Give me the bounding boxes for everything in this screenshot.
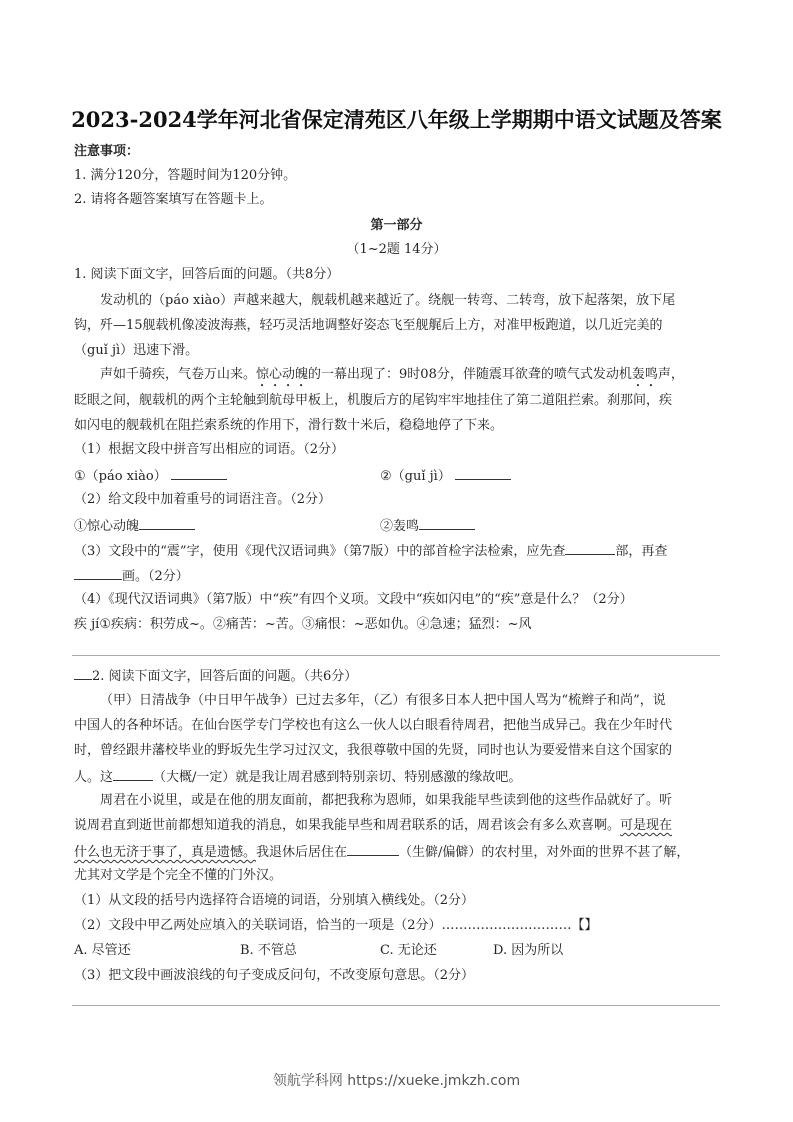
subquestion-stem: （1）从文段的括号内选择符合语境的词语，分别填入横线处。（2分） <box>74 892 474 910</box>
footer-watermark: 领航学科网 https://xueke.jmkzh.com <box>0 1070 793 1090</box>
answer-blank[interactable] <box>455 466 511 480</box>
answer-blank[interactable] <box>347 842 399 856</box>
answer-line[interactable] <box>72 655 720 656</box>
passage-line: 什么也无济于事了，真是遗憾。我退休后居住在（生僻/偏僻）的农村里，对外面的世界不… <box>74 842 689 862</box>
text-run: （生僻/偏僻）的农村里，对外面的世界不甚了解， <box>399 845 689 860</box>
subquestion-stem: （2）文段中甲乙两处应填入的关联词语，恰当的一项是（2分）…………………………【… <box>74 917 598 935</box>
prompt-label: ①惊心动魄 <box>74 519 139 534</box>
answer-blank[interactable] <box>171 466 227 480</box>
exam-page: 2023-2024学年河北省保定清苑区八年级上学期期中语文试题及答案 注意事项：… <box>0 0 793 1122</box>
text-run: 我退休后居住在 <box>256 845 347 860</box>
answer-blank[interactable] <box>419 516 475 530</box>
part-heading: 第一部分 <box>0 217 793 235</box>
notice-heading: 注意事项： <box>74 143 139 161</box>
subquestion-stem: （3）文段中的“震”字，使用《现代汉语词典》（第7版）中的部首检字法检索，应先查… <box>74 541 667 561</box>
part-subheading: （1~2题 14分） <box>0 241 793 259</box>
subquestion-stem: （1）根据文段中拼音写出相应的词语。（2分） <box>74 441 344 459</box>
answer-item: ①（páo xiào） <box>74 466 227 486</box>
passage-line: 如闪电的舰载机在阻拦索系统的作用下，滑行数十米后，稳稳地停了下来。 <box>74 417 503 435</box>
question-2-stem: 2. 阅读下面文字，回答后面的问题。（共6分） <box>74 666 357 686</box>
passage-line: 发动机的（páo xiào）声越来越大，舰载机越来越近了。绕舰一转弯、二转弯，放… <box>100 292 675 310</box>
answer-blank[interactable] <box>139 516 195 530</box>
text-run: 部，再查 <box>615 544 667 559</box>
answer-item: ②轰鸣 <box>380 516 475 536</box>
answer-blank[interactable] <box>74 666 92 680</box>
text-run: 说周君直到逝世前都想知道我的消息，如果我能早些和周君联系的话，周君该会有多么欢喜… <box>74 818 620 833</box>
subquestion-stem: （3）把文段中画波浪线的句子变成反问句，不改变原句意思。（2分） <box>74 967 474 985</box>
wavy-underlined-sentence: 什么也无济于事了，真是遗憾。 <box>74 845 256 860</box>
text-run: 2. 阅读下面文字，回答后面的问题。（共6分） <box>92 669 357 684</box>
question-1-stem: 1. 阅读下面文字，回答后面的问题。（共8分） <box>74 266 339 284</box>
text-run: 声如千骑疾，气卷万山来。 <box>100 367 256 382</box>
option-c[interactable]: C. 无论还 <box>380 942 437 960</box>
text-run: 的一幕出现了：9时08分，伴随震耳欲聋的喷气式发动机 <box>308 367 632 382</box>
emphasized-word: 轰鸣 <box>632 367 658 382</box>
answer-blank[interactable] <box>113 767 153 781</box>
notice-item: 1. 满分120分，答题时间为120分钟。 <box>74 167 296 185</box>
passage-line: （guǐ jì）迅速下滑。 <box>74 342 198 360</box>
subquestion-stem: 画。（2分） <box>74 566 189 586</box>
passage-line: 时，曾经跟井藩校毕业的野坂先生学习过汉文，我很尊敬中国的先贤，同时也认为要爱惜来… <box>74 742 672 760</box>
prompt-label: ①（páo xiào） <box>74 469 167 484</box>
text-run: 人。这 <box>74 770 113 785</box>
emphasized-word: 惊心动魄 <box>256 367 308 382</box>
text-run: （大概/一定）就是我让周君感到特别亲切、特别感激的缘故吧。 <box>153 770 521 785</box>
passage-line: 人。这（大概/一定）就是我让周君感到特别亲切、特别感激的缘故吧。 <box>74 767 521 787</box>
passage-line: 周君在小说里，或是在他的朋友面前，都把我称为恩师，如果我能早些读到他的这些作品就… <box>100 792 672 810</box>
passage-line: 声如千骑疾，气卷万山来。惊心动魄的一幕出现了：9时08分，伴随震耳欲聋的喷气式发… <box>100 366 684 390</box>
option-b[interactable]: B. 不管总 <box>240 942 297 960</box>
answer-blank[interactable] <box>565 541 615 555</box>
passage-line: 说周君直到逝世前都想知道我的消息，如果我能早些和周君联系的话，周君该会有多么欢喜… <box>74 817 672 835</box>
answer-blank[interactable] <box>74 566 122 580</box>
prompt-label: ②轰鸣 <box>380 519 419 534</box>
answer-line[interactable] <box>72 1005 720 1006</box>
passage-line: 钩，歼—15舰载机像凌波海燕，轻巧灵活地调整好姿态飞至舰艉后上方，对准甲板跑道，… <box>74 317 663 335</box>
notice-item: 2. 请将各题答案填写在答题卡上。 <box>74 191 273 209</box>
option-d[interactable]: D. 因为所以 <box>493 942 563 960</box>
passage-line: 中国人的各种坏话。在仙台医学专门学校也有这么一伙人以白眼看待周君，把他当成异己。… <box>74 717 672 735</box>
text-run: 画。（2分） <box>122 569 189 584</box>
option-a[interactable]: A. 尽管还 <box>74 942 131 960</box>
passage-line: 眨眼之间，舰载机的两个主轮触到航母甲板上，机腹后方的尾钩牢牢地挂住了第二道阻拦索… <box>74 392 672 410</box>
subquestion-stem: （4）《现代汉语词典》（第7版）中“疾”有四个义项。文段中“疾如闪电”的“疾”意… <box>74 591 633 609</box>
passage-line: 尤其对文学是个完全不懂的门外汉。 <box>74 867 282 885</box>
answer-item: ①惊心动魄 <box>74 516 195 536</box>
wavy-underlined-sentence: 可是现在 <box>620 818 672 833</box>
document-title: 2023-2024学年河北省保定清苑区八年级上学期期中语文试题及答案 <box>0 104 793 134</box>
subquestion-stem: （2）给文段中加着重号的词语注音。（2分） <box>74 491 331 509</box>
prompt-label: ②（guǐ jì） <box>380 469 451 484</box>
passage-line: （甲）日清战争（中日甲午战争）已过去多年，（乙）有很多日本人把中国人骂为“梳辫子… <box>100 692 666 710</box>
answer-item: ②（guǐ jì） <box>380 466 511 486</box>
text-run: 声， <box>658 367 684 382</box>
dictionary-definition: 疾 jí①疾病：积劳成~。②痛苦：~苦。③痛恨：~恶如仇。④急速；猛烈：~风 <box>74 616 532 634</box>
text-run: （3）文段中的“震”字，使用《现代汉语词典》（第7版）中的部首检字法检索，应先查 <box>74 544 565 559</box>
